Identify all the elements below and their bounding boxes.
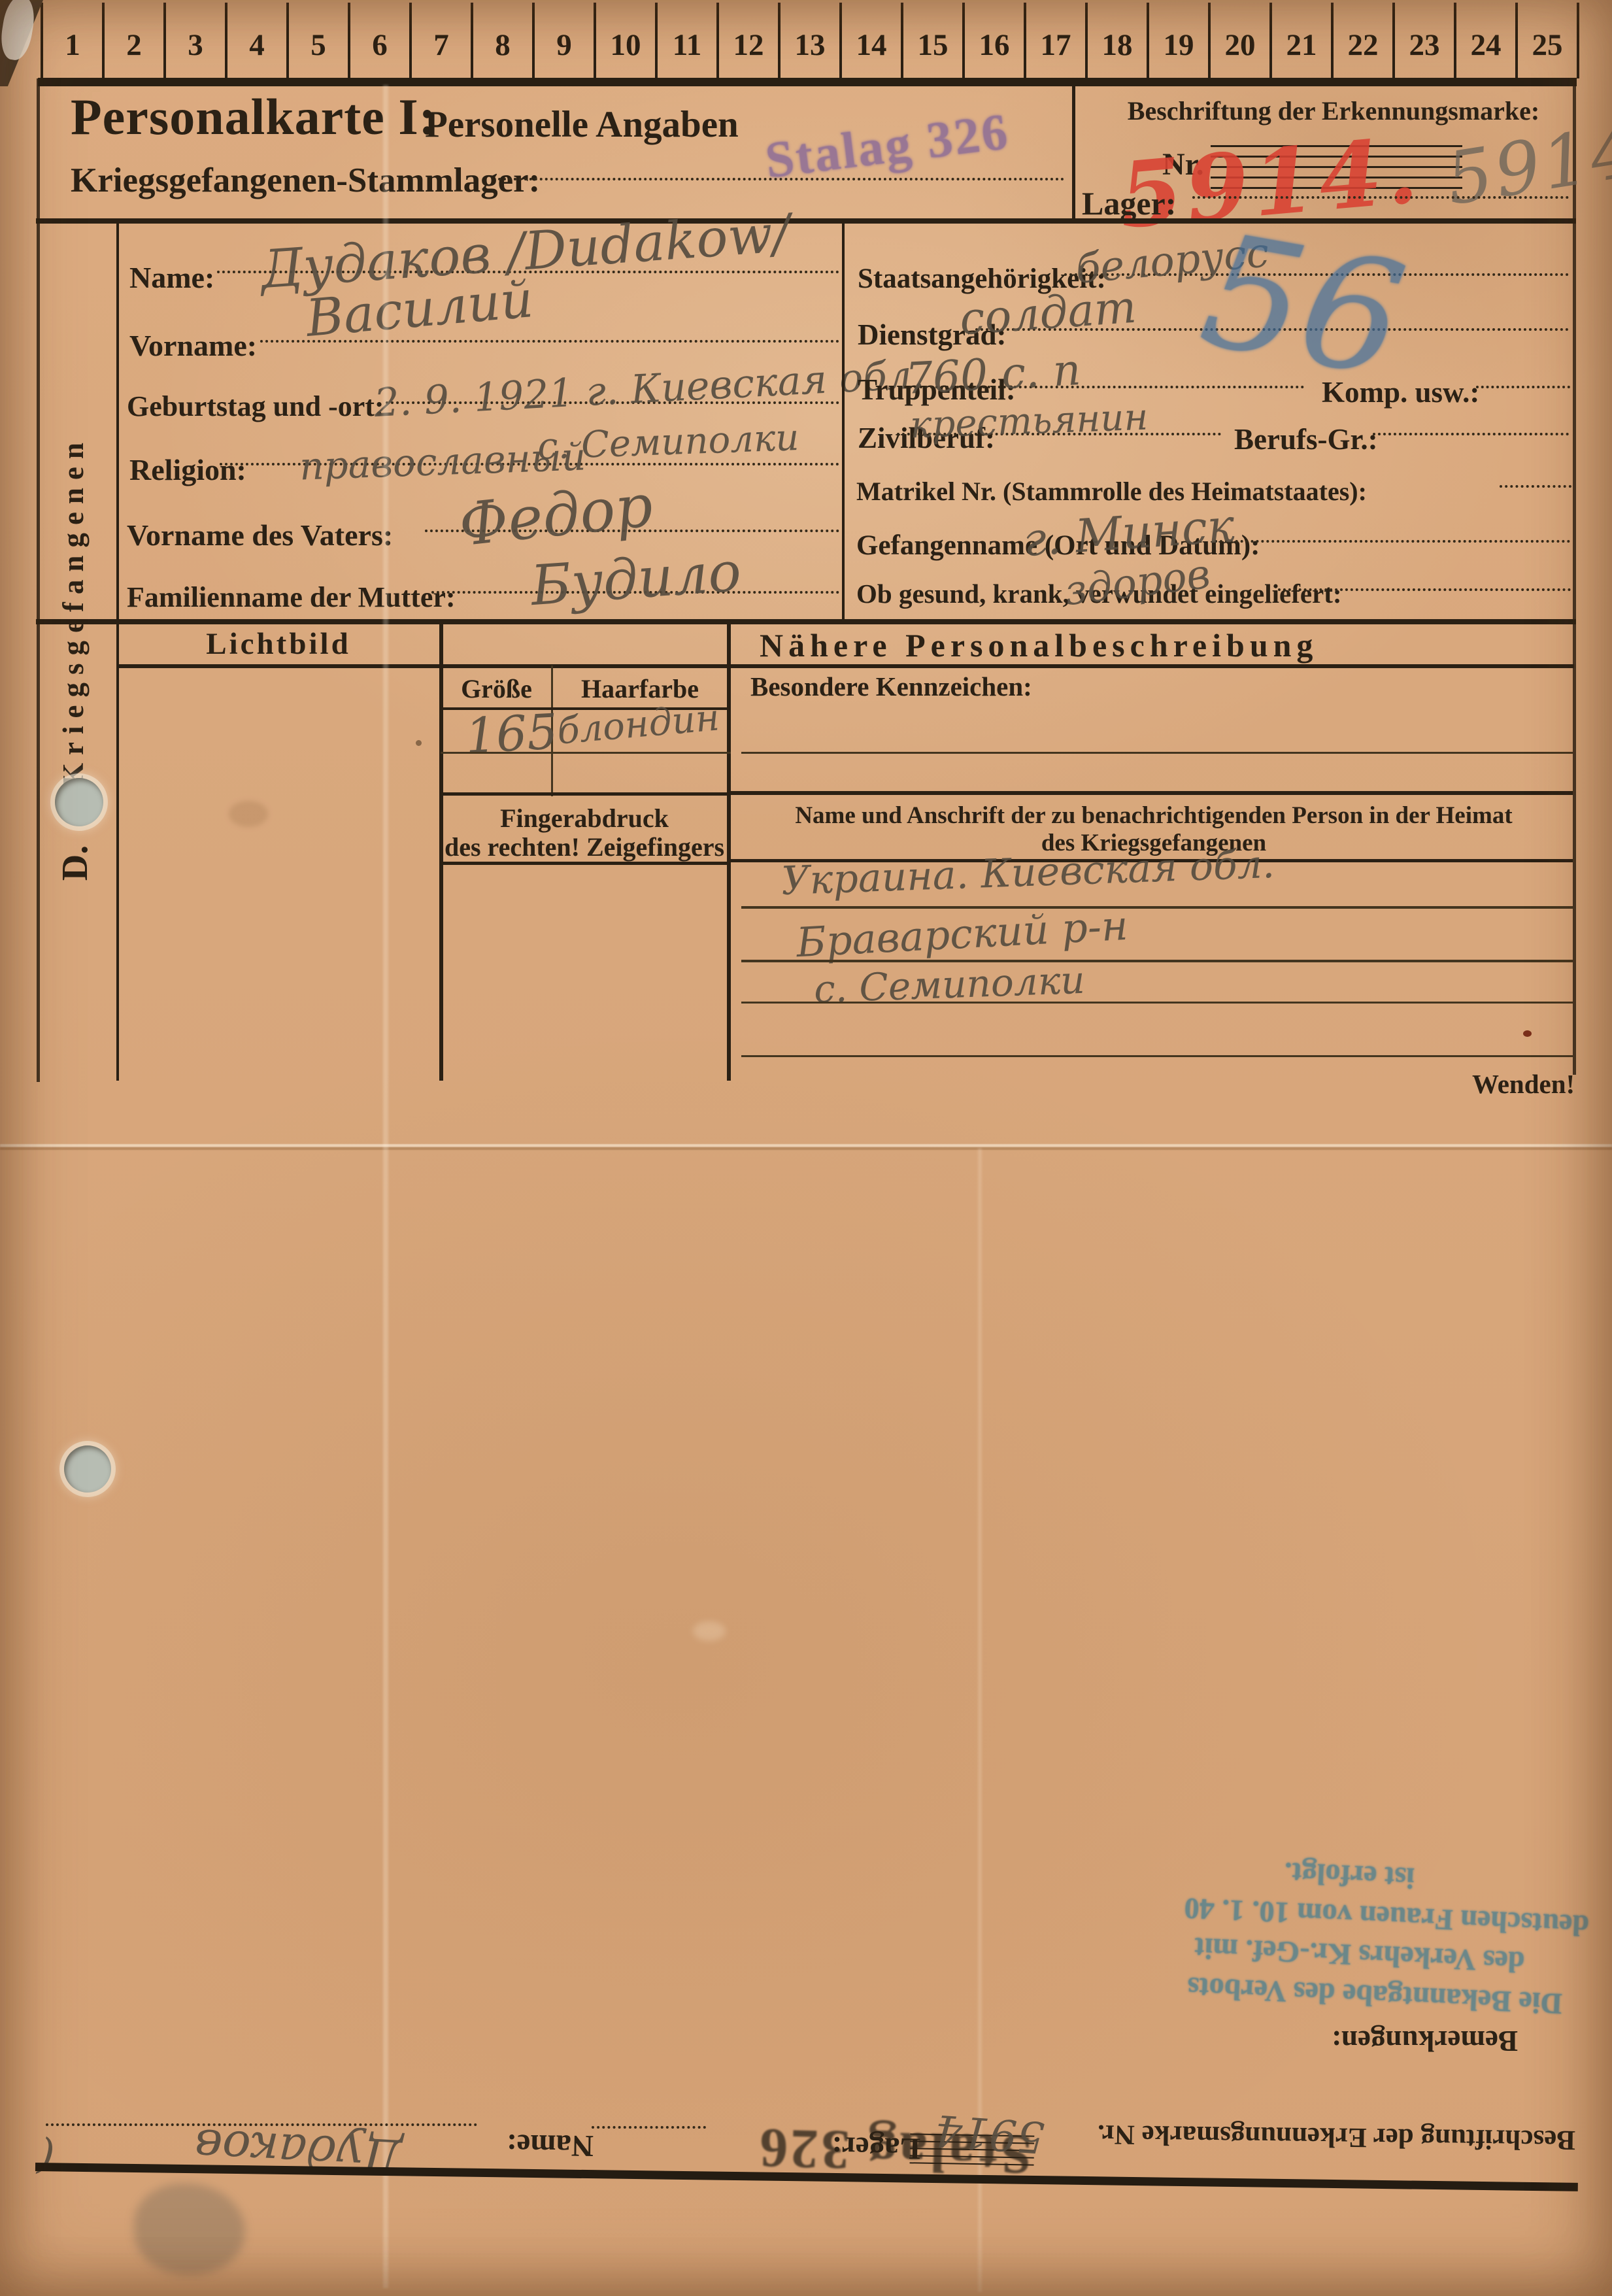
card-title: Personalkarte I: [71,88,437,146]
mutter-value: Будило [529,539,743,618]
stalag-326-stamp: Stalag 326 [762,102,1013,190]
pow-personal-card-scan: 1234567891011121314151617181920212223242… [0,0,1612,2296]
ruler-cell: 4 [225,3,286,78]
footer-erkennungsmarke-label: Beschriftung der Erkennungsmarke Nr. [1043,2118,1576,2156]
fold-crease [0,1144,1612,1150]
ruler-strip: 1234567891011121314151617181920212223242… [41,3,1579,78]
paper-streak-1 [383,85,388,2288]
ruler-cell: 2 [102,3,163,78]
matrikel-line [1500,485,1571,488]
ruler-cell: 23 [1392,3,1454,78]
wenden-label: Wenden! [1472,1068,1575,1100]
ruler-cell: 14 [839,3,901,78]
minitable-bottom-rule [441,792,731,796]
footer-stray-mark: ( [36,2132,56,2182]
subheader-rule [116,664,1574,668]
lager-line [1192,196,1569,199]
fingerprint-label-1: Fingerabdruck [441,803,728,834]
haarfarbe-value: блондин [556,696,722,752]
card-left-border [37,78,40,1082]
paper-fleck-1 [416,740,422,746]
groesse-label: Größe [443,673,550,704]
ruler-cell: 9 [532,3,594,78]
ruler-cell: 16 [962,3,1024,78]
footer-smudge [134,2184,245,2275]
erkennungsmarke-title: Beschriftung der Erkennungsmarke: [1105,95,1562,126]
bemerkungen-label: Bemerkungen: [1237,2024,1518,2058]
address-rule-4 [741,1055,1573,1057]
matrikel-label: Matrikel Nr. (Stammrolle des Heimatstaat… [856,476,1367,507]
ruler-cell: 17 [1024,3,1085,78]
komp-line [1476,386,1570,388]
berufsgr-label: Berufs-Gr.: [1234,422,1378,456]
zivilberuf-value: крестьянин [909,396,1149,447]
address-rule-3 [741,1002,1573,1004]
fingerprint-top-rule [727,791,1573,795]
truppenteil-value: 760 с. п [904,345,1082,404]
ruler-cell: 22 [1331,3,1392,78]
margin-letter-d: D. [54,845,96,881]
ruler-cell: 19 [1147,3,1208,78]
section-rule [36,619,1576,624]
berufsgr-line [1373,433,1569,435]
ruler-cell: 25 [1515,3,1577,78]
hole-punch-top [55,778,103,826]
footer-name-label: Name: [476,2127,594,2164]
groesse-value: 165 [464,703,560,764]
ruler-cell: 13 [778,3,839,78]
ruler-cell: 5 [286,3,348,78]
geburtstag-label: Geburtstag und -ort: [127,390,384,423]
ruler-cell: 15 [901,3,962,78]
verbots-stamp: Die Bekanntgabe des Verbots des Verkehrs… [1049,1842,1592,2024]
personalbeschreibung-header: Nähere Personalbeschreibung [760,626,1318,664]
ruler-cell: 18 [1085,3,1147,78]
ruler-cell: 20 [1208,3,1269,78]
address-rule-1 [741,906,1573,909]
margin-vertical-text: Kriegsgefangenen [56,435,90,786]
lichtbild-header: Lichtbild [116,626,441,662]
blue-pencil-number: 56 [1190,200,1416,413]
fingerprint-bottom-rule [439,862,731,865]
kennzeichen-label: Besondere Kennzeichen: [750,671,1032,702]
ruler-cell: 1 [41,3,102,78]
card-subtitle: Personelle Angaben [425,103,739,146]
kennzeichen-answer-line [741,752,1573,754]
footer-nr-value: 5914 [913,2103,1047,2163]
paper-fleck-3 [693,1621,726,1641]
mutter-label: Familienname der Mutter: [127,581,456,614]
ruler-cell: 12 [716,3,778,78]
ink-speck [1523,1030,1532,1037]
minitable-row-rule [441,752,731,754]
ruler-cell: 8 [471,3,532,78]
ruler-cell: 6 [348,3,409,78]
vater-label: Vorname des Vaters: [127,518,393,552]
gefangenname-line [1215,540,1570,543]
address-line-2: Браварский р-н [795,902,1129,966]
ruler-cell: 3 [163,3,225,78]
ruler-cell: 7 [409,3,471,78]
stammlager-label: Kriegsgefangenen-Stammlager: [71,161,540,200]
fingerprint-label-2: des rechten! Zeigefingers [441,832,728,862]
field-columns-divider [842,222,845,623]
address-rule-2 [741,960,1573,962]
address-header-1: Name und Anschrift der zu benachrichtige… [739,802,1569,830]
religion-value: православный [299,434,586,488]
hole-punch-bottom [64,1445,111,1493]
card-right-border [1573,86,1576,1075]
ruler-cell: 21 [1269,3,1331,78]
obgesund-line [1278,588,1571,591]
vorname-label: Vorname: [129,328,257,363]
lager-label: Lager: [1082,184,1176,222]
ruler-cell: 11 [655,3,716,78]
header-box-divider [1072,86,1075,220]
ruler-cell: 10 [594,3,655,78]
footer-lager-label: Lager: [809,2129,921,2167]
ruler-bottom-bar [38,78,1577,86]
ruler-cell: 24 [1454,3,1515,78]
religion-label: Religion: [129,452,246,487]
paper-fleck-2 [229,801,268,827]
name-label: Name: [129,260,214,295]
